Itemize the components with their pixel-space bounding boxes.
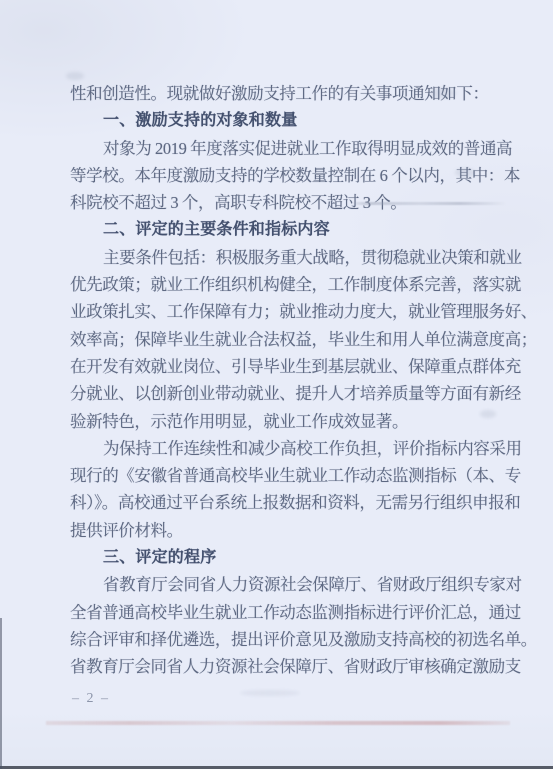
document-body: 性和创造性。现就做好激励支持工作的有关事项通知如下：一、激励支持的对象和数量对象… — [0, 0, 553, 681]
scan-smudge-gray — [350, 202, 506, 205]
scan-noise — [66, 72, 84, 80]
section-heading: 二、评定的主要条件和指标内容 — [70, 216, 535, 243]
scan-noise — [430, 88, 456, 98]
text-line: 验新特色，示范作用明显，就业工作成效显著。 — [70, 408, 535, 435]
scan-noise — [240, 690, 300, 696]
text-line: 综合评审和择优遴选，提出评价意见及激励支持高校的初选名单。 — [70, 626, 535, 653]
text-line: 在开发有效就业岗位、引导毕业生到基层就业、保障重点群体充 — [70, 353, 535, 380]
text-line: 为保持工作连续性和减少高校工作负担，评价指标内容采用 — [70, 435, 535, 462]
text-line: 全省普通高校毕业生就业工作动态监测指标进行评价汇总，通过 — [70, 599, 535, 626]
scan-streak-pink — [46, 721, 510, 725]
section-heading: 三、评定的程序 — [70, 544, 535, 571]
text-line: 现行的《安徽省普通高校毕业生就业工作动态监测指标（本、专 — [70, 462, 535, 489]
text-line: 省教育厅会同省人力资源社会保障厅、省财政厅组织专家对 — [70, 571, 535, 598]
text-line: 分就业、以创新创业带动就业、提升人才培养质量等方面有新经 — [70, 380, 535, 407]
text-line: 省教育厅会同省人力资源社会保障厅、省财政厅审核确定激励支 — [70, 653, 535, 680]
document-page: 性和创造性。现就做好激励支持工作的有关事项通知如下：一、激励支持的对象和数量对象… — [0, 0, 553, 769]
text-line: 优先政策；就业工作组织机构健全，工作制度体系完善，落实就 — [70, 271, 535, 298]
page-number: – 2 – — [72, 691, 110, 707]
text-line: 科）》。高校通过平台系统上报数据和资料，无需另行组织申报和 — [70, 489, 535, 516]
text-line: 业政策扎实、工作保障有力；就业推动力度大，就业管理服务好、 — [70, 298, 535, 325]
scan-noise — [480, 410, 496, 418]
text-line: 性和创造性。现就做好激励支持工作的有关事项通知如下： — [70, 80, 535, 107]
text-line: 提供评价材料。 — [70, 517, 535, 544]
text-line: 效率高；保障毕业生就业合法权益，毕业生和用人单位满意度高； — [70, 326, 535, 353]
scan-noise — [455, 168, 475, 177]
text-line: 主要条件包括：积极服务重大战略，贯彻稳就业决策和就业 — [70, 244, 535, 271]
text-line: 对象为 2019 年度落实促进就业工作取得明显成效的普通高 — [70, 135, 535, 162]
section-heading: 一、激励支持的对象和数量 — [70, 107, 535, 134]
scan-edge-left — [0, 618, 2, 769]
